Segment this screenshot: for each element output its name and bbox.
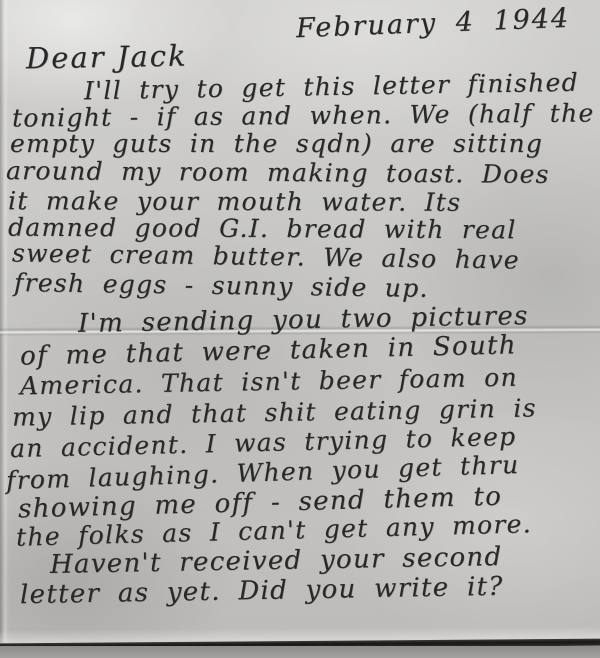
surface-below-fold — [0, 646, 600, 658]
letter-salutation: Dear Jack — [26, 39, 188, 76]
letter-line: tonight - if as and when. We (half the — [12, 98, 595, 132]
letter-date: February 4 1944 — [296, 3, 571, 45]
letter-line: around my room making toast. Does — [6, 156, 550, 189]
letter-line: fresh eggs - sunny side up. — [14, 268, 429, 303]
letter-line: empty guts in the sqdn) are sitting — [10, 129, 543, 158]
letter-photo: February 4 1944 Dear Jack I'll try to ge… — [0, 0, 600, 658]
